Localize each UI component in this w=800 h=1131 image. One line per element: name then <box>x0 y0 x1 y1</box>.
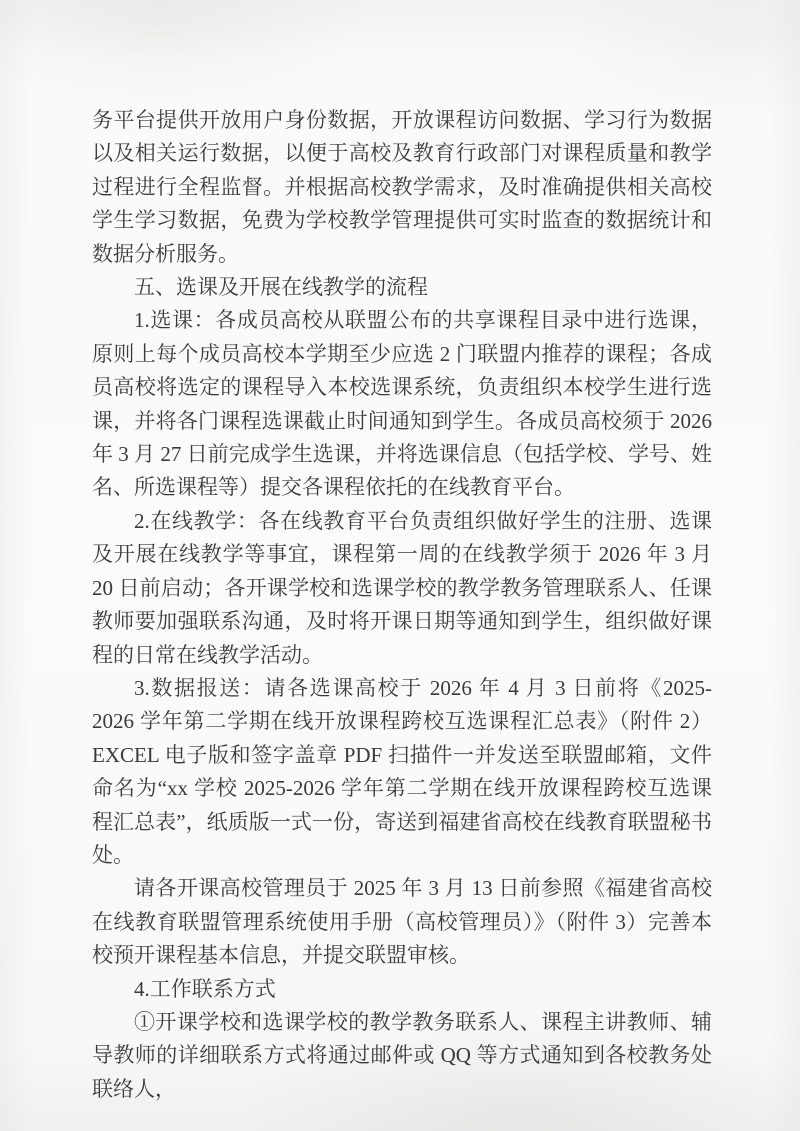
paragraph: 2.在线教学：各在线教育平台负责组织做好学生的注册、选课及开展在线教学等事宜，课… <box>92 505 712 672</box>
document-text-block: 务平台提供开放用户身份数据，开放课程访问数据、学习行为数据以及相关运行数据，以便… <box>92 104 712 1106</box>
paragraph: 五、选课及开展在线教学的流程 <box>92 271 712 304</box>
paragraph: 务平台提供开放用户身份数据，开放课程访问数据、学习行为数据以及相关运行数据，以便… <box>92 104 712 271</box>
page-footer: 4 <box>0 1046 800 1064</box>
paragraph: 4.工作联系方式 <box>92 973 712 1006</box>
document-page: 务平台提供开放用户身份数据，开放课程访问数据、学习行为数据以及相关运行数据，以便… <box>0 0 800 1131</box>
paragraph: 请各开课高校管理员于 2025 年 3 月 13 日前参照《福建省高校在线教育联… <box>92 872 712 972</box>
page-number: 4 <box>396 1047 405 1063</box>
paragraph: 1.选课：各成员高校从联盟公布的共享课程目录中进行选课，原则上每个成员高校本学期… <box>92 304 712 504</box>
paragraph: 3.数据报送：请各选课高校于 2026 年 4 月 3 日前将《2025-202… <box>92 672 712 872</box>
